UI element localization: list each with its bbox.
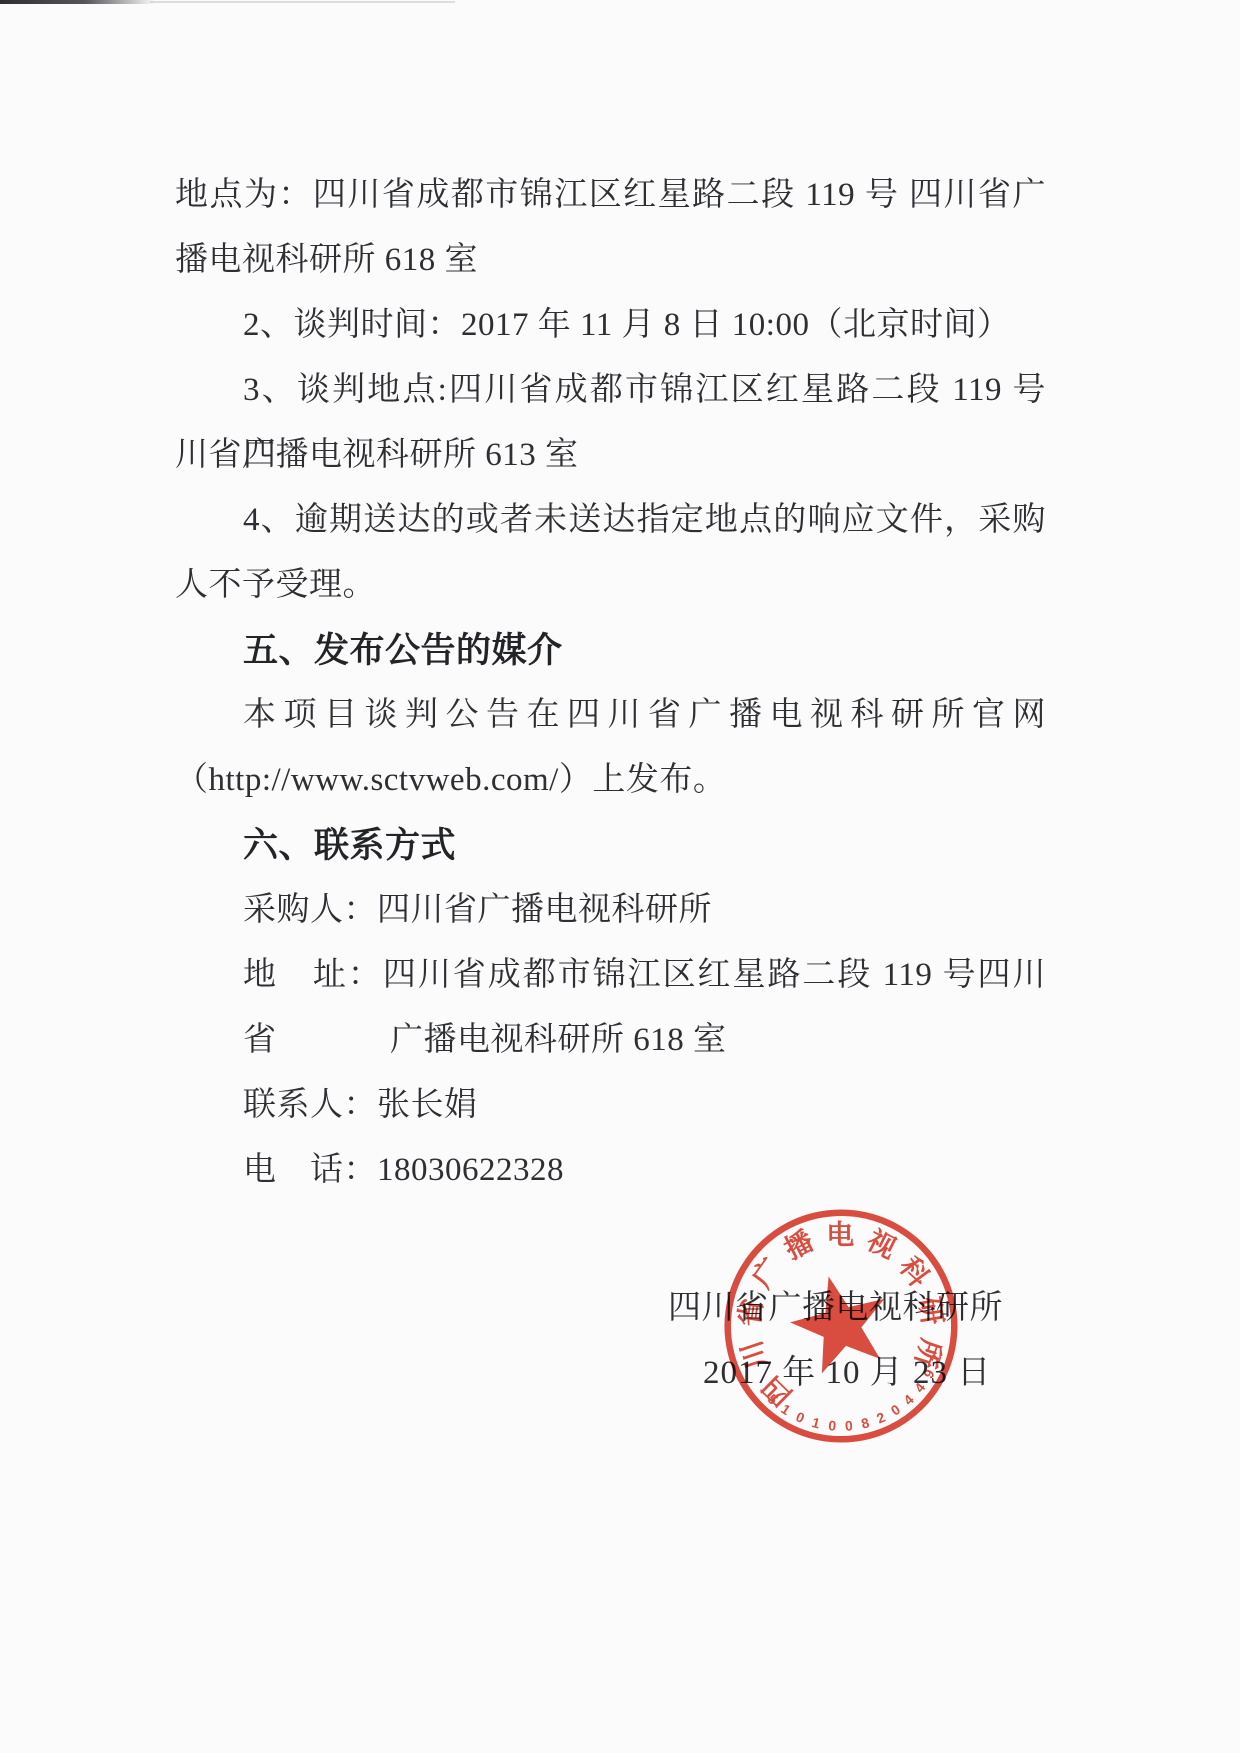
- official-seal-stamp: 四 川 省 广 播 电 视 科 研 所 5 1 0 1 0 0 8 2 0 4 …: [711, 1196, 971, 1456]
- doc-line-phone: 电 话：18030622328: [175, 1138, 1046, 1203]
- document-body: 地点为：四川省成都市锦江区红星路二段 119 号 四川省广 播电视科研所 618…: [175, 163, 1046, 1203]
- seal-serial-digit: 0: [844, 1417, 853, 1434]
- doc-line: 川省广播电视科研所 613 室: [175, 423, 1046, 488]
- doc-line-overdue-clause: 4、逾期送达的或者未送达指定地点的响应文件，采购: [175, 488, 1046, 553]
- scanned-document-page: 地点为：四川省成都市锦江区红星路二段 119 号 四川省广 播电视科研所 618…: [0, 0, 1240, 1753]
- seal-serial-digit: 8: [859, 1414, 871, 1431]
- seal-serial-digit: 0: [828, 1417, 837, 1434]
- seal-serial-digit: 4: [900, 1391, 917, 1408]
- doc-line-announcement: 本项目谈判公告在四川省广播电视科研所官网: [175, 683, 1046, 748]
- seal-org-char: 川: [735, 1337, 773, 1373]
- seal-serial-digit: 0: [888, 1401, 903, 1419]
- seal-org-char: 研: [913, 1295, 948, 1328]
- doc-line-negotiation-time: 2、谈判时间：2017 年 11 月 8 日 10:00（北京时间）: [175, 293, 1046, 358]
- doc-line-address: 地 址：四川省成都市锦江区红星路二段 119 号四川省: [175, 943, 1046, 1008]
- doc-line-address-cont: 广播电视科研所 618 室: [175, 1008, 1046, 1073]
- doc-line: 播电视科研所 618 室: [175, 228, 1046, 293]
- seal-org-char: 电: [826, 1219, 854, 1250]
- doc-line: 地点为：四川省成都市锦江区红星路二段 119 号 四川省广: [175, 163, 1046, 228]
- seal-org-char: 省: [733, 1296, 768, 1328]
- seal-serial-digit: 2: [874, 1409, 888, 1427]
- seal-star-icon: [782, 1265, 899, 1378]
- scan-artifact-line: [0, 0, 155, 4]
- seal-serial-digit: 1: [810, 1414, 822, 1431]
- seal-serial-digit: 4: [911, 1379, 929, 1395]
- doc-line-contact-person: 联系人：张长娟: [175, 1073, 1046, 1138]
- doc-line-purchaser: 采购人：四川省广播电视科研所: [175, 878, 1046, 943]
- section-heading-media: 五、发布公告的媒介: [175, 618, 1046, 683]
- doc-line: 人不予受理。: [175, 553, 1046, 618]
- scan-artifact-line-faint: [150, 1, 455, 3]
- section-heading-contact: 六、联系方式: [175, 813, 1046, 878]
- doc-line-website-url: （http://www.sctvweb.com/）上发布。: [175, 748, 1046, 813]
- seal-serial-digit: 0: [794, 1408, 808, 1426]
- doc-line-negotiation-place: 3、谈判地点:四川省成都市锦江区红星路二段 119 号 四: [175, 358, 1046, 423]
